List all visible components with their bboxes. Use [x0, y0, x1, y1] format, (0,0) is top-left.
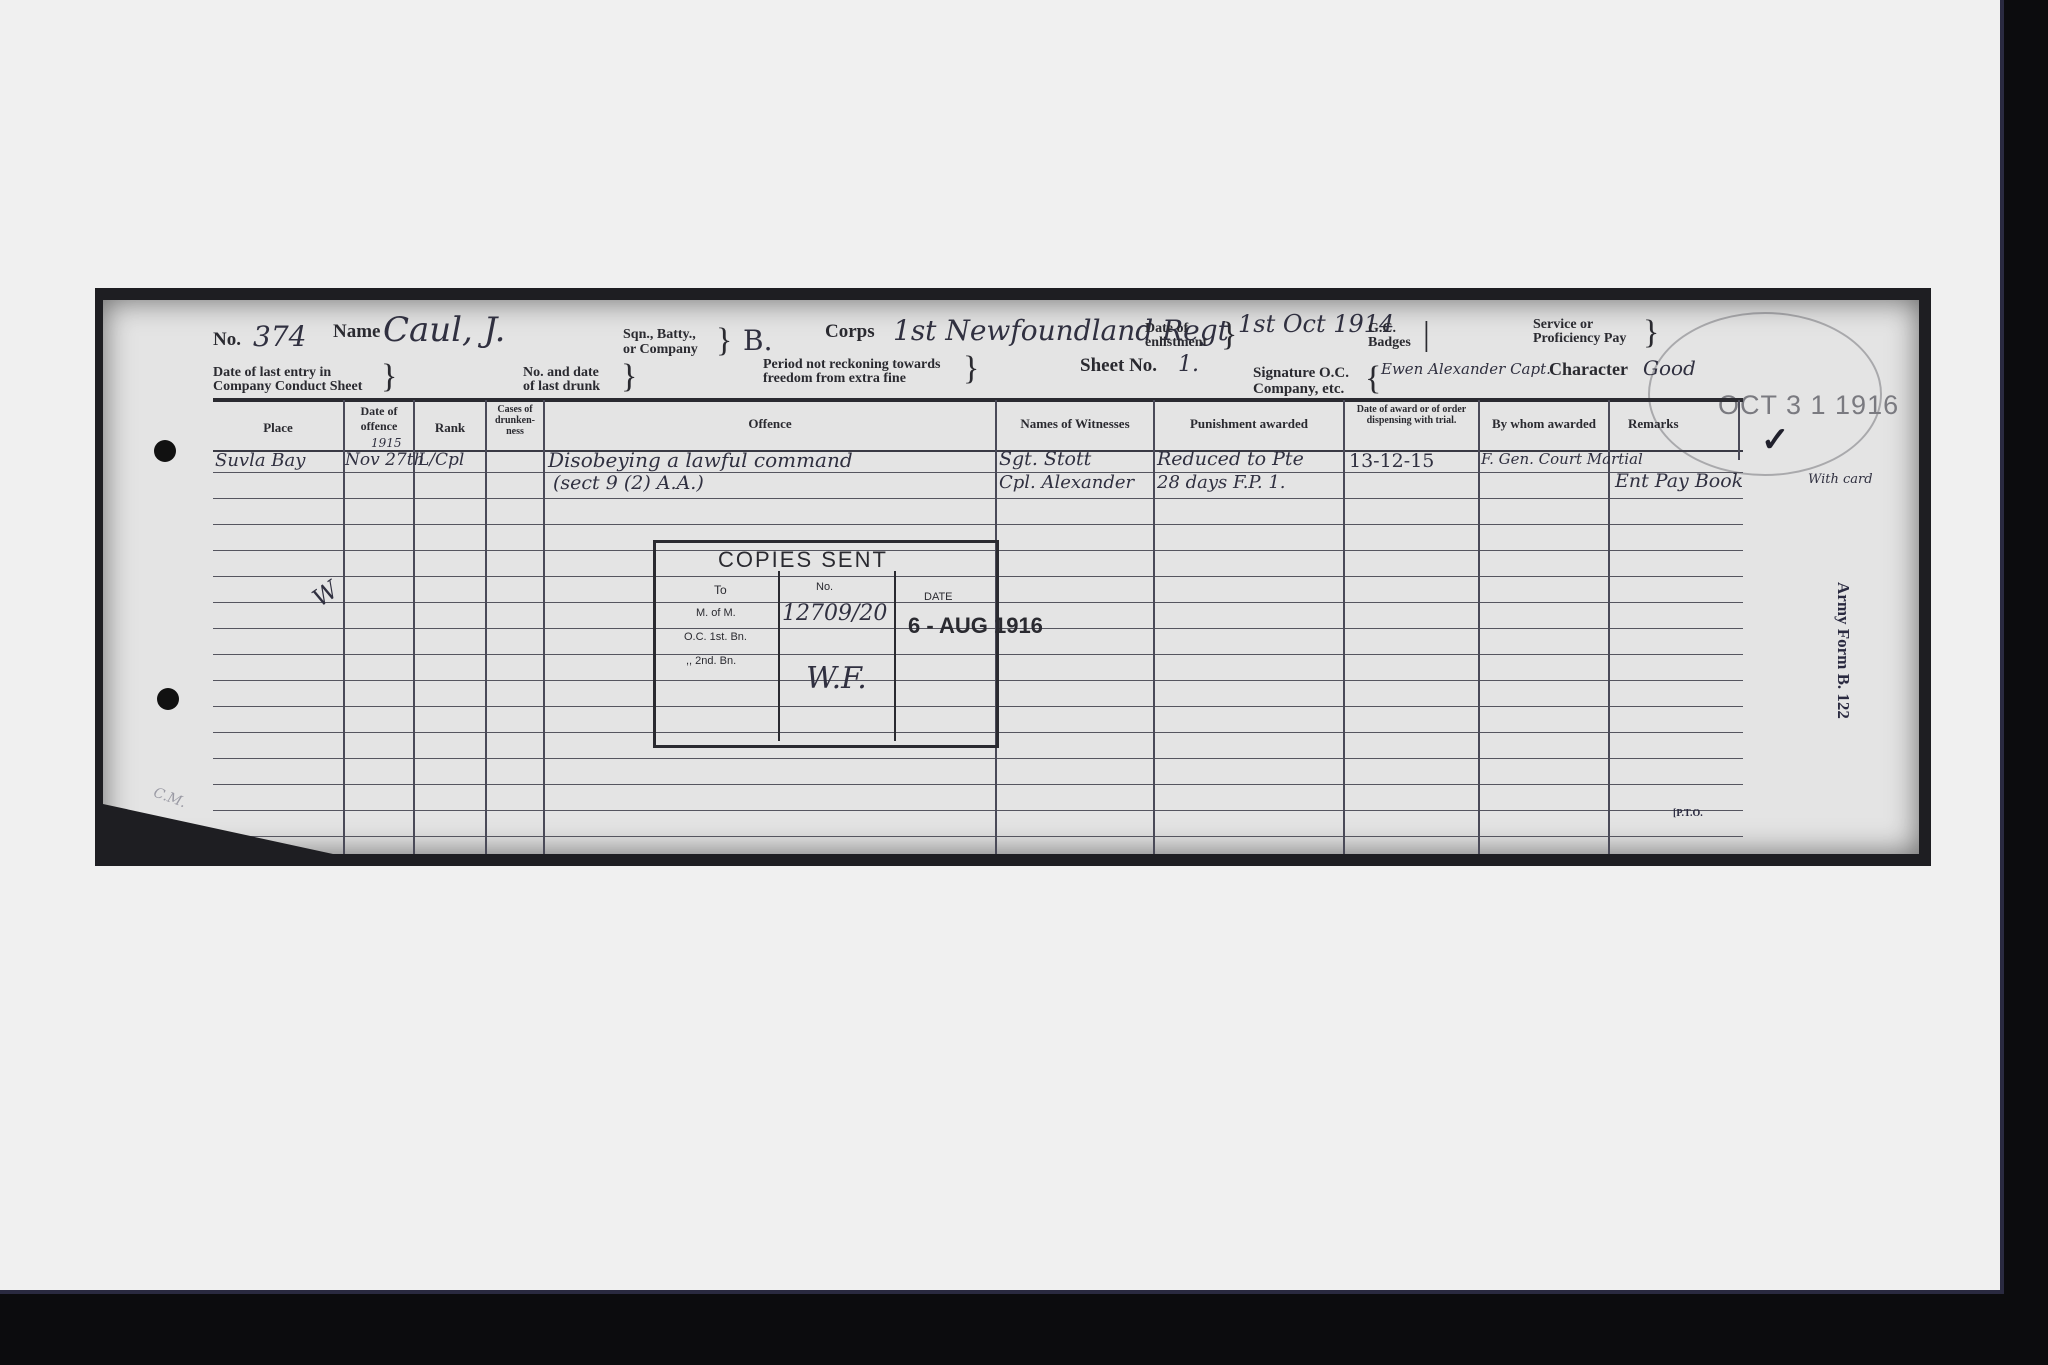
- entry-witness-line1: Sgt. Stott: [999, 448, 1091, 470]
- col-witnesses: Names of Witnesses: [997, 416, 1153, 432]
- col-offence: Offence: [545, 416, 995, 432]
- torn-corner: [103, 804, 333, 854]
- entry-witness-line2: Cpl. Alexander: [999, 472, 1134, 493]
- margin-mark-w: W: [307, 575, 343, 612]
- entry-offence-line1: Disobeying a lawful command: [548, 448, 853, 472]
- gc-label-1: G.C.: [1368, 322, 1396, 336]
- copies-col-to: To: [714, 583, 727, 597]
- entry-award-date: 13-12-15: [1349, 450, 1434, 472]
- entry-remarks-line2: Ent Pay Book: [1615, 470, 1743, 492]
- service-label-1: Service or: [1533, 318, 1593, 332]
- entry-offence-line2: (sect 9 (2) A.A.): [553, 472, 704, 494]
- last-drunk-label-2: of last drunk: [523, 380, 600, 394]
- character-label: Character: [1549, 360, 1628, 378]
- col-remarks: Remarks: [1610, 416, 1756, 432]
- ruled-line: [213, 498, 1743, 499]
- no-label: No.: [213, 330, 241, 349]
- sqn-label-2: or Company: [623, 343, 698, 357]
- corps-label: Corps: [825, 322, 875, 341]
- copies-initials: W.F.: [806, 661, 867, 696]
- entry-remarks-note: With card: [1808, 472, 1873, 487]
- col-place: Place: [213, 420, 343, 436]
- copies-number: 12709/20: [782, 601, 887, 626]
- ruled-line: [213, 524, 1743, 525]
- entry-place: Suvla Bay: [215, 450, 305, 471]
- pto-note: [P.T.O.: [1673, 808, 1703, 819]
- conduct-sheet: No. 374 Name Caul, J. Sqn., Batty., or C…: [103, 300, 1919, 854]
- copies-row-oc1: O.C. 1st. Bn.: [684, 631, 747, 643]
- form-number: Army Form B. 122: [1833, 582, 1853, 719]
- col-punishment: Punishment awarded: [1155, 416, 1343, 432]
- last-entry-label-1: Date of last entry in: [213, 366, 331, 380]
- period-label-2: freedom from extra fine: [763, 372, 906, 386]
- no-value: 374: [253, 320, 306, 353]
- punch-hole-bottom: [157, 688, 179, 710]
- col-award-date: Date of award or of order dispensing wit…: [1345, 404, 1478, 426]
- sqn-label-1: Sqn., Batty.,: [623, 328, 696, 342]
- sig-label-2: Company, etc.: [1253, 382, 1344, 397]
- copies-row-mofm: M. of M.: [696, 607, 736, 619]
- col-drunkenness: Cases of drunken-ness: [487, 404, 543, 437]
- entry-rank: L/Cpl: [418, 450, 464, 470]
- ruled-line: [213, 784, 1743, 785]
- col-by-whom: By whom awarded: [1480, 416, 1608, 432]
- sqn-value: B.: [743, 324, 772, 357]
- corner-initials: C.M.: [151, 785, 188, 811]
- ruled-line: [213, 836, 1743, 837]
- sheet-label: Sheet No.: [1080, 356, 1157, 375]
- punch-hole-top: [154, 440, 176, 462]
- copies-sent-stamp: COPIES SENT To No. DATE M. of M. O.C. 1s…: [653, 540, 999, 748]
- sig-value: Ewen Alexander Capt.: [1381, 360, 1551, 378]
- entry-punishment-line2: 28 days F.P. 1.: [1157, 472, 1286, 493]
- service-label-2: Proficiency Pay: [1533, 332, 1626, 346]
- name-label: Name: [333, 322, 380, 341]
- entry-remarks-check: ✓: [1761, 420, 1790, 460]
- ruled-line: [213, 810, 1743, 811]
- copies-date: 6 - AUG 1916: [908, 613, 1043, 639]
- entry-year-note: 1915: [371, 436, 402, 450]
- enlist-label-2: enlistment: [1145, 336, 1207, 350]
- name-value: Caul, J.: [383, 310, 505, 350]
- conduct-sheet-scan: No. 374 Name Caul, J. Sqn., Batty., or C…: [95, 288, 1931, 866]
- entry-punishment-line1: Reduced to Pte: [1157, 448, 1304, 470]
- last-drunk-label-1: No. and date: [523, 366, 599, 380]
- ruled-line: [213, 472, 1743, 473]
- entry-date: Nov 27th: [345, 450, 425, 470]
- enlist-label-1: Date of: [1145, 322, 1188, 336]
- ruled-line: [213, 758, 1743, 759]
- paper-background: No. 374 Name Caul, J. Sqn., Batty., or C…: [0, 0, 2004, 1294]
- gc-label-2: Badges: [1368, 336, 1411, 350]
- col-date-of-offence: Date of offence: [345, 404, 413, 434]
- copies-sent-title: COPIES SENT: [718, 547, 888, 573]
- table-top-rule: [213, 398, 1743, 402]
- copies-col-no: No.: [816, 581, 833, 593]
- sheet-value: 1.: [1178, 352, 1199, 377]
- last-entry-label-2: Company Conduct Sheet: [213, 380, 362, 394]
- copies-col-date: DATE: [924, 591, 953, 603]
- sig-label-1: Signature O.C.: [1253, 366, 1349, 381]
- copies-row-oc2: ,, 2nd. Bn.: [686, 655, 736, 667]
- col-rank: Rank: [415, 420, 485, 436]
- period-label-1: Period not reckoning towards: [763, 358, 940, 372]
- entry-awarded-by: F. Gen. Court Martial: [1481, 450, 1643, 468]
